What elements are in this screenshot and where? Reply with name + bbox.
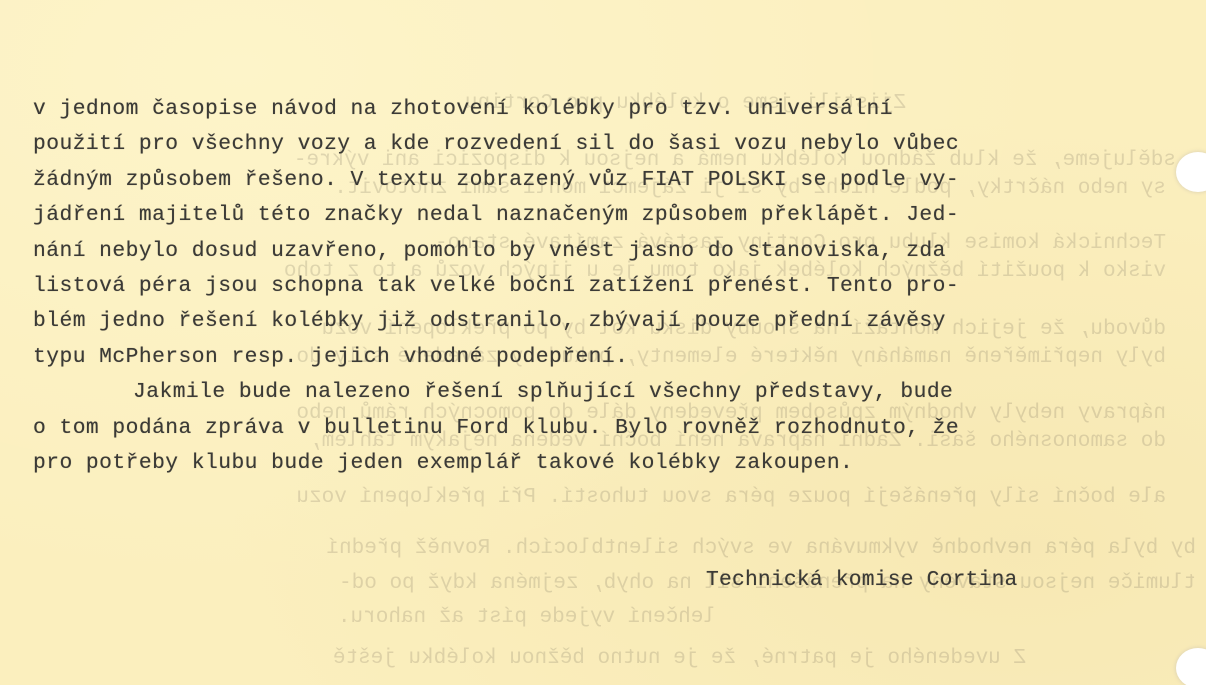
text-line: v jednom časopise návod na zhotovení kol… bbox=[33, 92, 1183, 127]
text-line: blém jedno řešení kolébky již odstranilo… bbox=[33, 304, 1183, 339]
text-line: pro potřeby klubu bude jeden exemplář ta… bbox=[33, 446, 1183, 481]
text-line: nání nebylo dosud uzavřeno, pomohlo by v… bbox=[33, 234, 1183, 269]
text-line: žádným způsobem řešeno. V textu zobrazen… bbox=[33, 163, 1183, 198]
text-line: použití pro všechny vozy a kde rozvedení… bbox=[33, 127, 1183, 162]
text-line: jádření majitelů této značky nedal nazna… bbox=[33, 198, 1183, 233]
signature: Technická komise Cortina bbox=[706, 568, 1018, 592]
text-line: listová péra jsou schopna tak velké bočn… bbox=[33, 269, 1183, 304]
typewritten-document: v jednom časopise návod na zhotovení kol… bbox=[33, 92, 1183, 481]
text-line: Jakmile bude nalezeno řešení splňující v… bbox=[33, 375, 1183, 410]
text-line: typu McPherson resp. jejich vhodné podep… bbox=[33, 340, 1183, 375]
text-line: o tom podána zpráva v bulletinu Ford klu… bbox=[33, 411, 1183, 446]
